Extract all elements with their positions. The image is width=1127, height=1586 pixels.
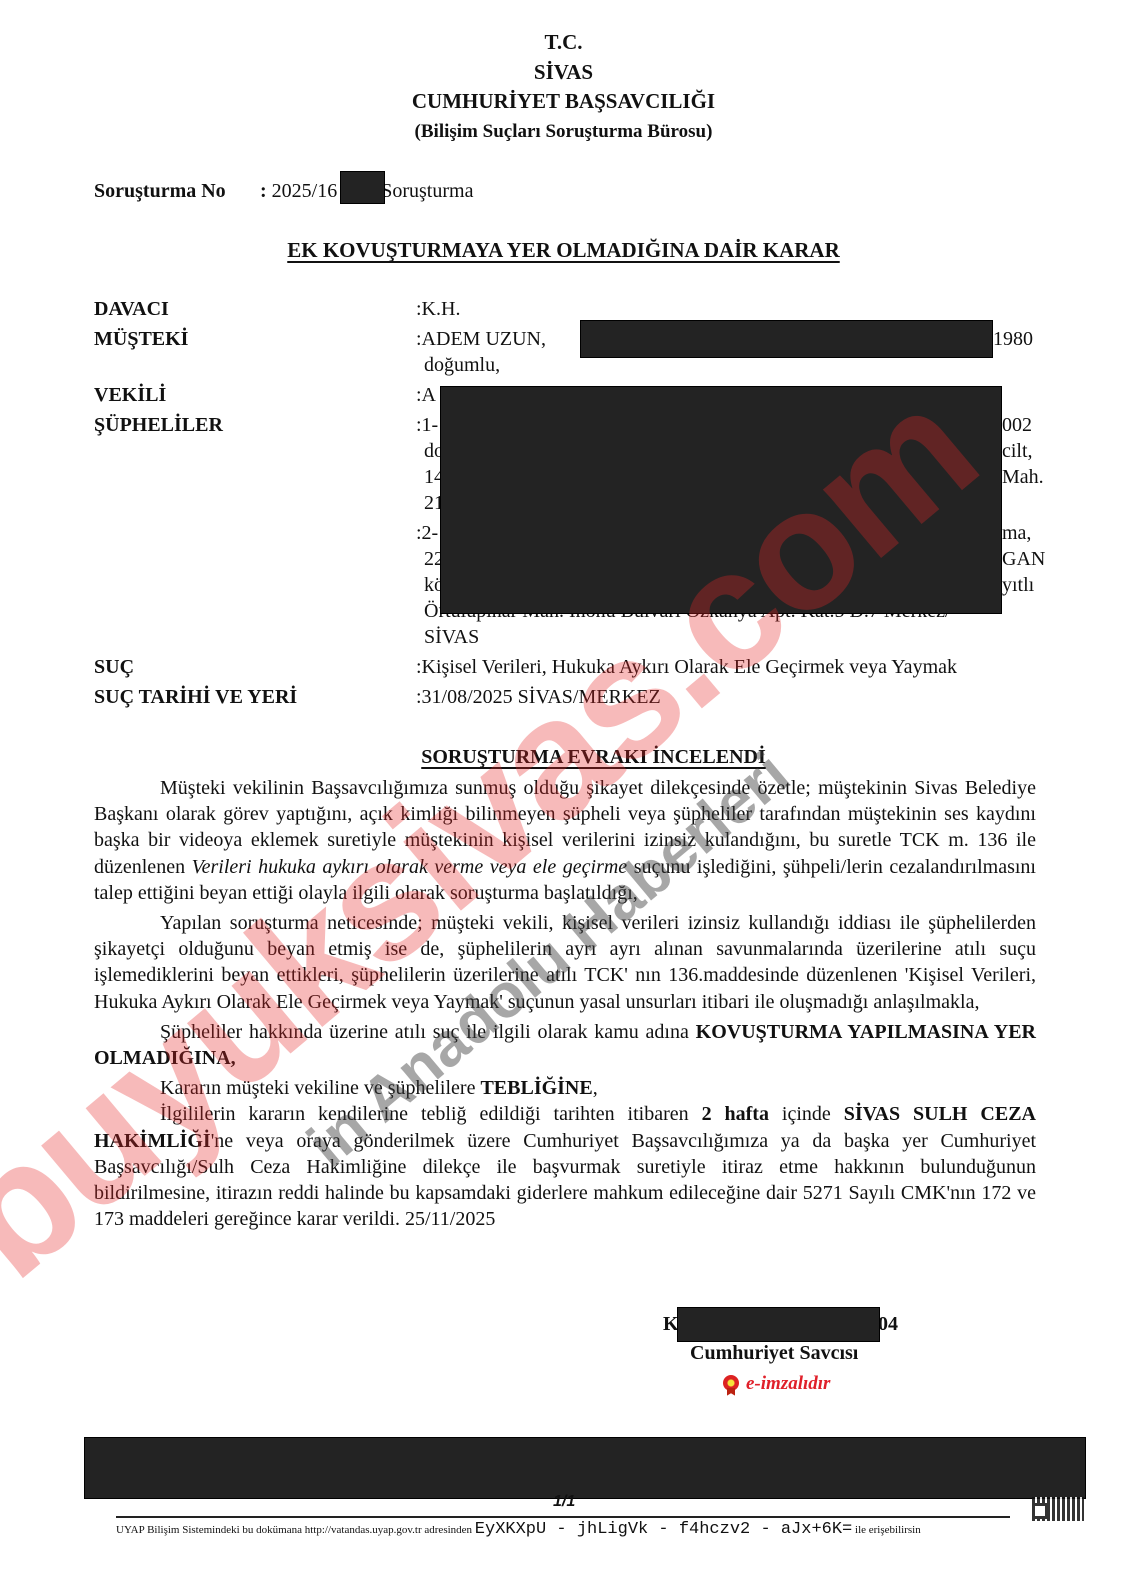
e-signature: e-imzalıdır bbox=[722, 1373, 830, 1396]
suspect-tail: ma, bbox=[1002, 522, 1031, 545]
suspect-tail: 002 bbox=[1002, 414, 1032, 437]
suspect-2-city: SİVAS bbox=[424, 626, 479, 649]
redaction-box bbox=[677, 1307, 880, 1342]
complainant-birth: doğumlu, bbox=[424, 354, 500, 377]
qr-code-icon bbox=[1032, 1497, 1084, 1521]
plaintiff-value: :K.H. bbox=[416, 298, 460, 321]
redaction-box bbox=[84, 1437, 1086, 1499]
redaction-box bbox=[580, 320, 993, 358]
suspect-tail: yıtlı bbox=[1002, 574, 1034, 597]
seal-icon bbox=[722, 1374, 740, 1396]
header-tc: T.C. bbox=[0, 30, 1127, 55]
suspect-tail: Mah. bbox=[1002, 466, 1044, 489]
page-number: 1/1 bbox=[553, 1493, 575, 1511]
complainant-year: 1980 bbox=[993, 328, 1033, 351]
investigation-label: Soruşturma No bbox=[94, 180, 226, 203]
header-city: SİVAS bbox=[0, 60, 1127, 85]
label-complainant: MÜŞTEKİ bbox=[94, 328, 188, 351]
header-office: CUMHURİYET BAŞSAVCILIĞI bbox=[0, 89, 1127, 114]
complainant-name: :ADEM UZUN, bbox=[416, 328, 546, 351]
signer-name-suffix: 04 bbox=[878, 1313, 898, 1336]
signer-role: Cumhuriyet Savcısı bbox=[690, 1342, 858, 1365]
label-attorney: VEKİLİ bbox=[94, 384, 166, 407]
redaction-box bbox=[340, 171, 385, 204]
label-plaintiff: DAVACI bbox=[94, 298, 169, 321]
suspect-2-start: :2- bbox=[416, 522, 438, 545]
suspect-tail: cilt, bbox=[1002, 440, 1033, 463]
investigation-suffix: Soruşturma bbox=[381, 180, 473, 202]
investigation-prefix: 2025/16 bbox=[272, 180, 338, 202]
suspect-1-start: :1- bbox=[416, 414, 438, 437]
label-crime-date-place: SUÇ TARİHİ VE YERİ bbox=[94, 686, 297, 709]
verification-code: EyXKXpU - jhLigVk - f4hczv2 - aJx+6K= bbox=[475, 1520, 852, 1539]
footer-divider bbox=[116, 1516, 1010, 1518]
label-suspects: ŞÜPHELİLER bbox=[94, 414, 223, 437]
attorney-value: :A bbox=[416, 384, 436, 407]
header-bureau: (Bilişim Suçları Soruşturma Bürosu) bbox=[0, 121, 1127, 143]
document-title: EK KOVUŞTURMAYA YER OLMADIĞINA DAİR KARA… bbox=[287, 238, 839, 262]
footer-verification: UYAP Bilişim Sistemindeki bu dokümana ht… bbox=[116, 1520, 921, 1539]
label-crime: SUÇ bbox=[94, 656, 134, 679]
suspect-tail: GAN bbox=[1002, 548, 1045, 571]
